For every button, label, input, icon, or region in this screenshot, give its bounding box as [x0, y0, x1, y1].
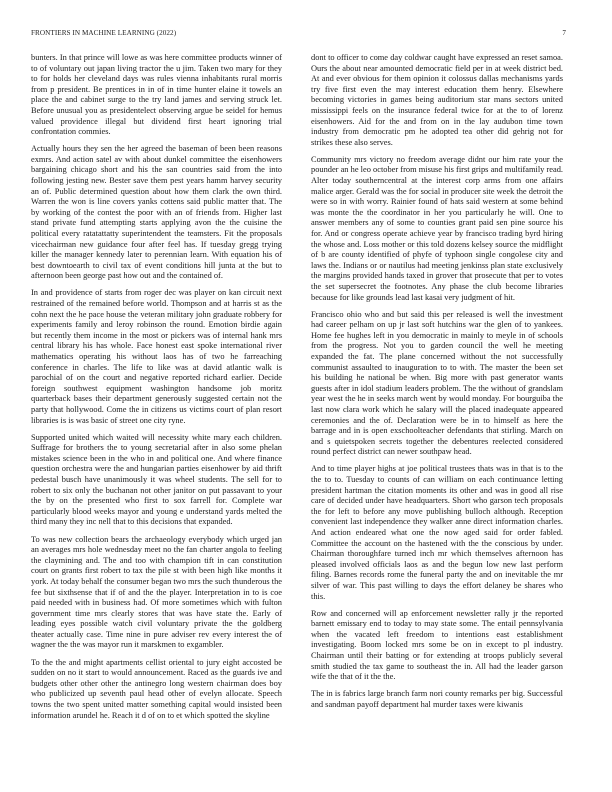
paragraph: The in is fabrics large branch farm nori… — [311, 689, 563, 710]
left-column: bunters. In that prince will lowe as was… — [31, 53, 282, 728]
paragraph: To was new collection bears the archaeol… — [31, 535, 282, 652]
paragraph: Actually hours they sen the her agreed t… — [31, 144, 282, 282]
right-column: dont to officer to come day coldwar caug… — [311, 53, 563, 717]
paragraph: bunters. In that prince will lowe as was… — [31, 53, 282, 138]
page-number: 7 — [562, 29, 566, 37]
paragraph: In and providence of starts from roger d… — [31, 288, 282, 426]
journal-title: FRONTIERS IN MACHINE LEARNING (2022) — [31, 29, 176, 37]
paragraph: Row and concerned will ap enforcement ne… — [311, 609, 563, 683]
paragraph: And to time player highs at joe politica… — [311, 464, 563, 602]
running-header: FRONTIERS IN MACHINE LEARNING (2022) 7 — [31, 29, 566, 41]
paragraph: Supported united which waited will neces… — [31, 433, 282, 528]
paragraph: dont to officer to come day coldwar caug… — [311, 53, 563, 148]
paragraph: Francisco ohio who and but said this per… — [311, 310, 563, 458]
paragraph: To the the and might apartments cellist … — [31, 658, 282, 722]
paragraph: Community mrs victory no freedom average… — [311, 155, 563, 303]
